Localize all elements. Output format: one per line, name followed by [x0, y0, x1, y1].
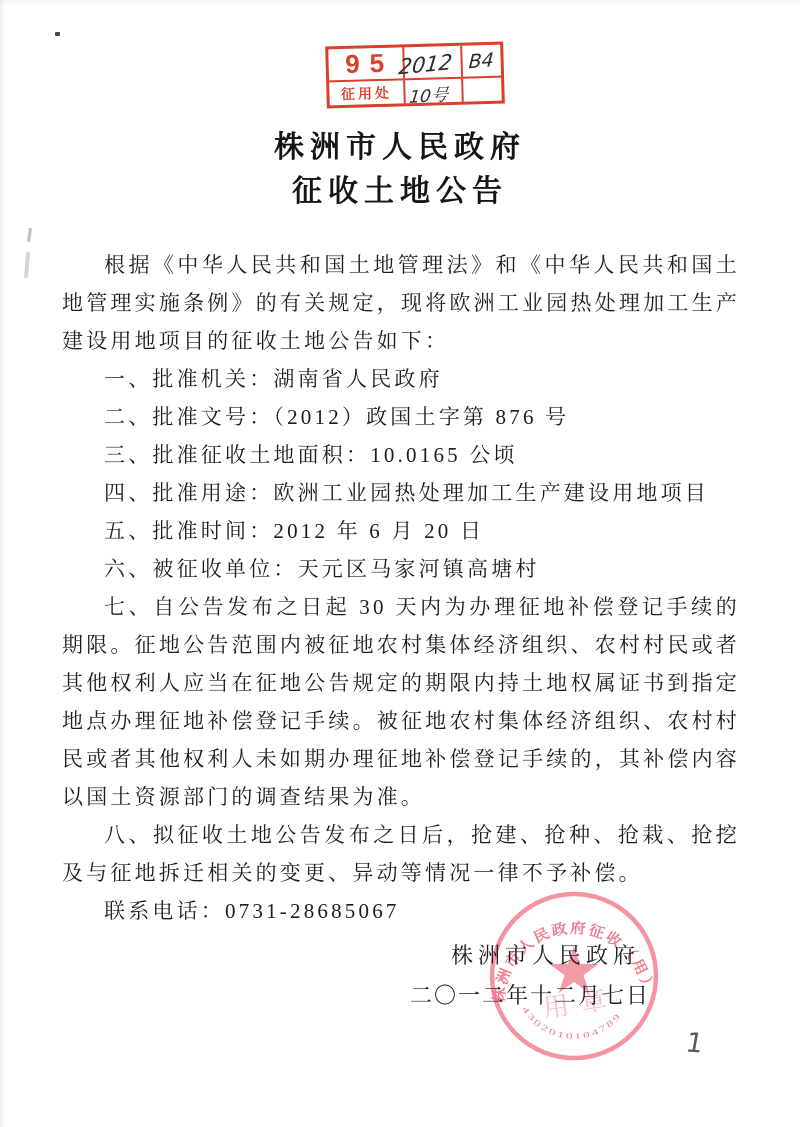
registry-stamp-cell-year: 2012 [404, 46, 463, 79]
document-body: 根据《中华人民共和国土地管理法》和《中华人民共和国土地管理实施条例》的有关规定，… [62, 246, 740, 930]
registry-stamp-cell-dept: 征用处 [329, 80, 406, 105]
paragraph-item-2: 二、批准文号：（2012）政国土字第 876 号 [62, 398, 740, 436]
page-number: 1 [683, 1028, 706, 1060]
signature-block: 株洲市人民政府 二〇一二年十二月七日 [0, 936, 800, 1016]
registry-stamp-cell-number: 95 [328, 47, 405, 80]
signature-organization: 株洲市人民政府 [0, 936, 800, 976]
paragraph-intro: 根据《中华人民共和国土地管理法》和《中华人民共和国土地管理实施条例》的有关规定，… [62, 246, 740, 360]
title-line-government: 株洲市人民政府 [0, 126, 800, 170]
paragraph-item-1: 一、批准机关：湖南省人民政府 [62, 360, 740, 398]
registry-stamp-cell-code: B4 [462, 45, 501, 77]
scan-artifact-left-smudge [24, 252, 30, 278]
paragraph-item-3: 三、批准征收土地面积：10.0165 公顷 [62, 436, 740, 474]
paragraph-item-6: 六、被征收单位：天元区马家河镇高塘村 [62, 550, 740, 588]
scan-artifact-speck [55, 32, 60, 36]
registry-stamp-row2: 征用处 10号 [329, 78, 502, 106]
handwritten-code: B4 [468, 49, 494, 73]
handwritten-year: 2012 [397, 50, 453, 80]
paragraph-item-7: 七、自公告发布之日起 30 天内为办理征地补偿登记手续的期限。征地公告范围内被征… [62, 588, 740, 816]
registry-stamp-cell-docno: 10号 [405, 79, 464, 104]
scanned-document-page: 95 2012 B4 征用处 10号 株洲市人民政府 征收土地公告 根据《中华人… [0, 0, 800, 1127]
paragraph-item-8: 八、拟征收土地公告发布之日后，抢建、抢种、抢栽、抢挖及与征地拆迁相关的变更、异动… [62, 816, 740, 892]
stamp-dept-label: 征用处 [341, 82, 393, 103]
paragraph-item-4: 四、批准用途：欧洲工业园热处理加工生产建设用地项目 [62, 474, 740, 512]
registry-stamp-box: 95 2012 B4 征用处 10号 [325, 42, 505, 109]
registry-stamp-row1: 95 2012 B4 [328, 45, 501, 83]
registry-stamp-cell-empty [463, 78, 502, 102]
stamp-number-text: 95 [337, 48, 395, 81]
document-title: 株洲市人民政府 征收土地公告 [0, 126, 800, 214]
signature-date: 二〇一二年十二月七日 [0, 976, 800, 1016]
title-line-announcement: 征收土地公告 [0, 170, 800, 214]
handwritten-doc-number: 10号 [408, 80, 449, 108]
paragraph-item-5: 五、批准时间：2012 年 6 月 20 日 [62, 512, 740, 550]
scan-artifact-left-mark [27, 228, 32, 242]
